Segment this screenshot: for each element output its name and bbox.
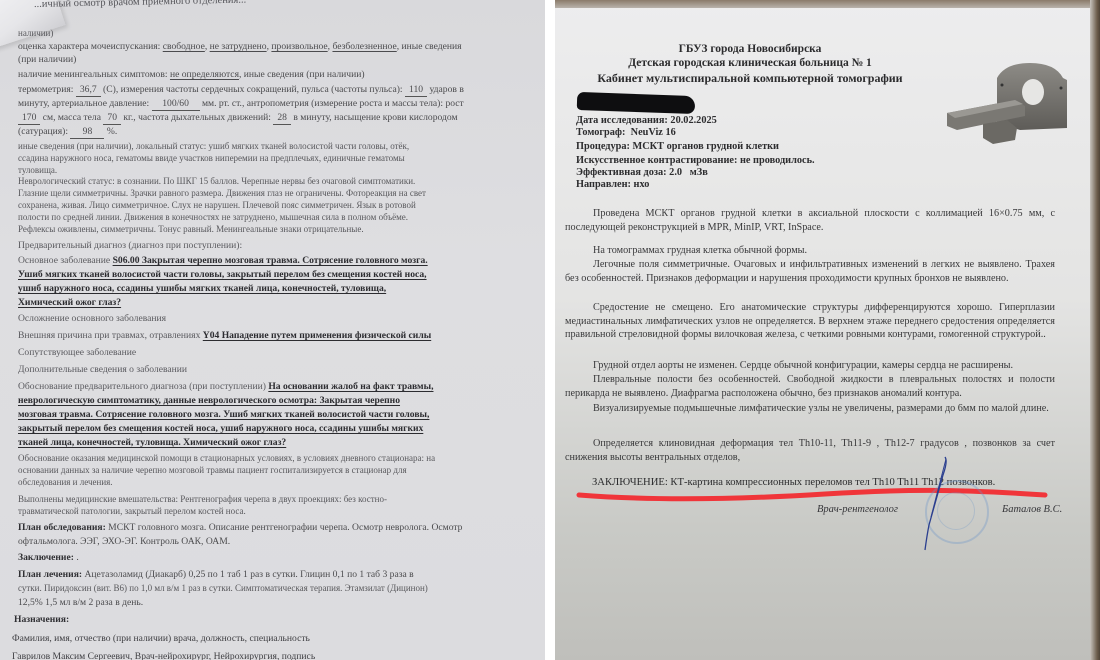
- paragraph-aorta: Грудной отдел аорты не изменен. Сердце о…: [565, 359, 1055, 373]
- header-hospital: Детская городская клиническая больница №…: [555, 57, 945, 69]
- justification-line-5: тканей лица, конечностей, туловища. Хими…: [18, 436, 523, 449]
- neuro-status-5: Рефлексы оживлены, симметричны. Тонус ра…: [18, 223, 523, 236]
- meningeal-line: наличие менингеальных симптомов: не опре…: [18, 68, 523, 81]
- external-cause-line: Внешняя причина при травмах, отравлениях…: [18, 329, 523, 342]
- main-disease-line-1: Основное заболевание S06.00 Закрытая чер…: [18, 254, 523, 267]
- justification-line-1: Обоснование предварительного диагноза (п…: [18, 380, 523, 393]
- pulse-value: 110: [405, 83, 427, 97]
- prelim-dx-label: Предварительный диагноз (диагноз при пос…: [18, 239, 523, 252]
- complication-label: Осложнение основного заболевания: [18, 312, 523, 325]
- meta-study-date: Дата исследования: 20.02.2025: [576, 115, 717, 126]
- redacted-patient-name: [577, 92, 696, 114]
- main-disease-line-2: Ушиб мягких тканей волосистой части голо…: [18, 268, 523, 281]
- height-value: 170: [18, 111, 40, 125]
- paragraph-lymph-nodes: Визуализируемые подмышечные лимфатически…: [565, 402, 1055, 416]
- main-disease-line-3: ушиб наружного носа, ссадины ушибы мягки…: [18, 282, 523, 295]
- additional-info-label: Дополнительные сведения о заболевании: [18, 363, 523, 376]
- header-institution: ГБУЗ города Новосибирска: [555, 43, 945, 55]
- paragraph-lungs: Легочные поля симметричные. Очаговых и и…: [565, 258, 1055, 285]
- vitals-line-4: (сатурация): 98 %.: [18, 125, 523, 139]
- photo-separator: [545, 0, 555, 660]
- conclusion-line: Заключение: .: [18, 551, 523, 564]
- signature-role: Врач-рентгенолог: [817, 504, 898, 515]
- text-fragment: наличии): [18, 27, 523, 40]
- exam-plan-line-1: План обследования: МСКТ головного мозга.…: [18, 521, 523, 534]
- paragraph-deformation: Определяется клиновидная деформация тел …: [565, 437, 1055, 464]
- justification-line-3: мозговая травма. Сотрясение головного мо…: [18, 408, 523, 421]
- urination-tail: (при наличии): [18, 53, 523, 66]
- ct-scanner-icon: [935, 58, 1075, 148]
- treatment-plan-line-2: сутки. Пиридоксин (вит. В6) по 1,0 мл в/…: [18, 582, 523, 595]
- comorbidity-label: Сопутствующее заболевание: [18, 346, 523, 359]
- hospitalization-3: обследования и лечения.: [18, 476, 523, 489]
- urination-line: оценка характера мочеиспускания: свободн…: [18, 40, 523, 53]
- paragraph-pleura: Плевральные полости без особенностей. Св…: [565, 373, 1055, 400]
- meta-procedure: Процедура: МСКТ органов грудной клетки: [576, 141, 779, 152]
- right-document-photo: ГБУЗ города Новосибирска Детская городск…: [555, 0, 1100, 660]
- left-document-photo: ...ичный осмотр врачом приемного отделен…: [0, 0, 545, 660]
- paragraph-chest-shape: На томограммах грудная клетка обычной фо…: [565, 244, 1055, 258]
- exam-plan-line-2: офтальмолога. ЭЭГ, ЭХО-ЭГ. Контроль ОАК,…: [18, 535, 523, 548]
- paragraph-mediastinum: Средостение не смещено. Его анатомически…: [565, 301, 1055, 342]
- vitals-line-1: термометрия: 36,7 (С), измерения частоты…: [18, 83, 523, 97]
- interventions-2: травматической патологии, закрытый перел…: [18, 505, 523, 518]
- paragraph-method: Проведена МСКТ органов грудной клетки в …: [565, 207, 1055, 234]
- justification-line-2: неврологическую симптоматику, данные нев…: [18, 394, 523, 407]
- respiratory-rate-value: 28: [273, 111, 291, 125]
- ct-report-document: ГБУЗ города Новосибирска Детская городск…: [555, 0, 1100, 660]
- treatment-plan-line-3: 12,5% 1,5 мл в/м 2 раза в день.: [18, 596, 523, 609]
- doctor-value: Гаврилов Максим Сергеевич, Врач-нейрохир…: [12, 650, 517, 660]
- signature-mark: [915, 455, 955, 555]
- justification-line-4: закрытый перелом без смещения костей нос…: [18, 422, 523, 435]
- meta-dose: Эффективная доза: 2.0 мЗв: [576, 167, 708, 178]
- treatment-plan-line-1: План лечения: Ацетазоламид (Диакарб) 0,2…: [18, 568, 523, 581]
- doctor-label: Фамилия, имя, отчество (при наличии) вра…: [12, 632, 517, 645]
- main-disease-line-4: Химический ожог глаз?: [18, 296, 523, 309]
- meta-contrast: Искусственное контрастирование: не прово…: [576, 155, 815, 166]
- meta-referred-by: Направлен: нхо: [576, 179, 649, 190]
- temperature-value: 36,7: [76, 83, 101, 97]
- blood-pressure-value: 100/60: [152, 97, 200, 111]
- vitals-line-3: 170 см, масса тела 70 кг., частота дыхат…: [18, 111, 523, 125]
- header-department: Кабинет мультиспиральной компьютерной то…: [555, 71, 945, 86]
- weight-value: 70: [103, 111, 121, 125]
- saturation-value: 98: [70, 125, 104, 139]
- signature-name: Баталов В.С.: [1002, 504, 1062, 515]
- appointments-label: Назначения:: [14, 613, 519, 626]
- document-heading: ...ичный осмотр врачом приемного отделен…: [34, 0, 246, 11]
- meta-tomograph: Томограф: NeuViz 16: [576, 127, 676, 138]
- vitals-line-2: минуту, артериальное давление: 100/60 мм…: [18, 97, 523, 111]
